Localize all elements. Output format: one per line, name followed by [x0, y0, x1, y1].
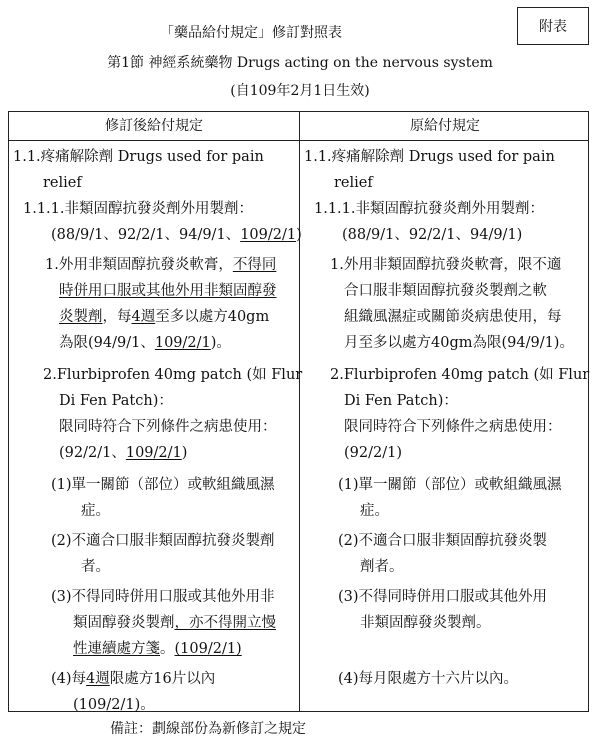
heading-line: relief	[43, 171, 82, 195]
paragraph-line: 2.Flurbiprofen 40mg patch (如 Flur	[330, 363, 589, 387]
condition-line: 劑者。	[360, 555, 404, 579]
condition-line: (3)不得同時併用口服或其他外用	[338, 585, 547, 609]
dates-line: (88/9/1、92/2/1、94/9/1)	[342, 223, 522, 247]
condition-line: 症。	[360, 499, 389, 523]
condition-line: (1)單一關節（部位）或軟組織風濕	[338, 473, 562, 497]
paragraph-line: (92/2/1、109/2/1)	[59, 441, 187, 465]
paragraph-line: 炎製劑，每4週至多以處方40gm	[59, 305, 269, 329]
condition-line: 類固醇發炎製劑，亦不得開立慢	[73, 611, 276, 635]
condition-line: 性連續處方箋。(109/2/1)	[73, 637, 242, 661]
condition-line: (4)每4週限處方16片以內	[51, 667, 215, 691]
paragraph-line: 合口服非類固醇抗發炎製劑之軟	[344, 279, 547, 303]
document-title: 「藥品給付規定」修訂對照表	[0, 22, 600, 42]
heading-line: relief	[334, 171, 373, 195]
condition-line: 非類固醇發炎製劑。	[360, 611, 491, 635]
column-header-revised: 修訂後給付規定	[9, 112, 299, 140]
dates-line: (88/9/1、92/2/1、94/9/1、109/2/1)	[51, 223, 302, 247]
heading-line: 1.1.疼痛解除劑 Drugs used for pain	[304, 145, 555, 169]
paragraph-line: Di Fen Patch)：	[59, 389, 173, 413]
paragraph-line: 1.外用非類固醇抗發炎軟膏，不得同	[45, 253, 276, 277]
condition-line: (1)單一關節（部位）或軟組織風濕	[51, 473, 275, 497]
paragraph-line: 月至多以處方40gm為限(94/9/1)。	[344, 331, 574, 355]
header-divider	[9, 140, 588, 141]
paragraph-line: 組織風濕症或關節炎病患使用，每	[344, 305, 562, 329]
heading-line: 1.1.疼痛解除劑 Drugs used for pain	[13, 145, 264, 169]
footnote: 備註：劃線部份為新修訂之規定	[110, 718, 306, 738]
condition-line: (3)不得同時併用口服或其他外用非	[51, 585, 275, 609]
subheading-line: 1.1.1.非類固醇抗發炎劑外用製劑：	[23, 197, 253, 221]
section-title: 第1節 神經系統藥物 Drugs acting on the nervous s…	[0, 52, 600, 72]
column-header-original: 原給付規定	[300, 112, 590, 140]
condition-line: 者。	[81, 555, 110, 579]
paragraph-line: 限同時符合下列條件之病患使用：	[59, 415, 277, 439]
paragraph-line: Di Fen Patch)：	[344, 389, 458, 413]
paragraph-line: 限同時符合下列條件之病患使用：	[344, 415, 562, 439]
paragraph-line: 1.外用非類固醇抗發炎軟膏，限不適	[330, 253, 561, 277]
paragraph-line: 為限(94/9/1、109/2/1)。	[59, 331, 231, 355]
condition-line: (2)不適合口服非類固醇抗發炎製	[338, 529, 547, 553]
condition-line: (2)不適合口服非類固醇抗發炎製劑	[51, 529, 275, 553]
paragraph-line: 時併用口服或其他外用非類固醇發	[59, 279, 277, 303]
column-divider	[299, 112, 300, 711]
subheading-line: 1.1.1.非類固醇抗發炎劑外用製劑：	[314, 197, 544, 221]
comparison-table: 修訂後給付規定 原給付規定 1.1.疼痛解除劑 Drugs used for p…	[8, 111, 589, 712]
paragraph-line: 2.Flurbiprofen 40mg patch (如 Flur	[43, 363, 302, 387]
condition-line: (4)每月限處方十六片以內。	[338, 667, 518, 691]
condition-line: 症。	[81, 499, 110, 523]
paragraph-line: (92/2/1)	[344, 441, 402, 465]
effective-date: (自109年2月1日生效)	[0, 80, 600, 100]
condition-line: (109/2/1)。	[73, 693, 155, 717]
